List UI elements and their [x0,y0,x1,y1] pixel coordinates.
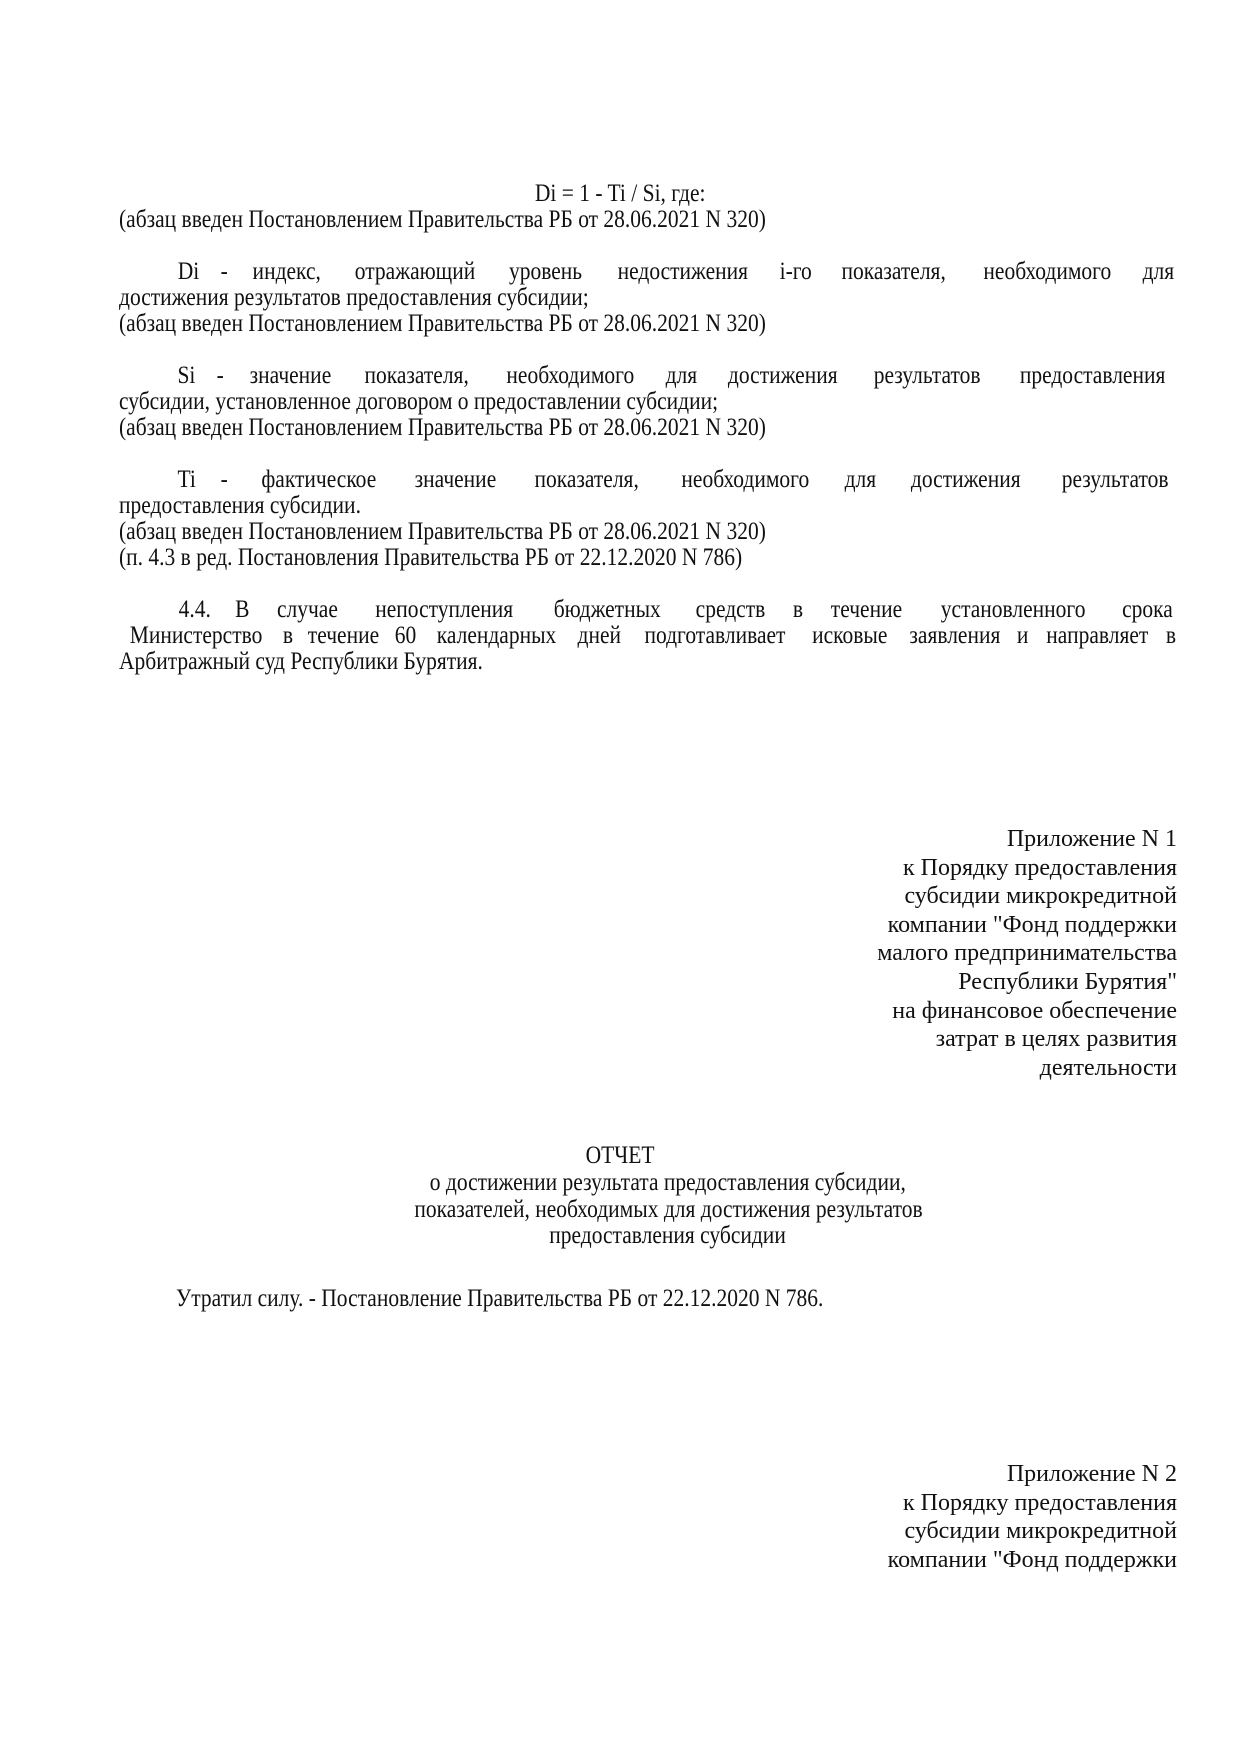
appendix-1-line: субсидии микрокредитной [877,882,1177,911]
word: направляет [1046,623,1148,649]
word: уровень [509,259,582,285]
word: недостижения [617,259,747,285]
definition-di-line1: Di-индекс,отражающийуровеньнедостиженияi… [176,259,1177,285]
word: подготавливает [645,623,786,649]
appendix-1-line: затрат в целях развития [877,1025,1177,1054]
report-subtitle-line: о достижении результата предоставления с… [430,1170,906,1197]
word: В [236,597,250,623]
definition-si-note: (абзац введен Постановлением Правительст… [119,415,766,441]
word: - [221,467,228,493]
word: - [220,259,227,285]
word: 4.4. [179,597,211,623]
definition-di-note: (абзац введен Постановлением Правительст… [119,311,766,337]
appendix-2-line: компании "Фонд поддержки [888,1546,1177,1575]
definition-ti-note: (абзац введен Постановлением Правительст… [119,519,766,545]
document-page: Di = 1 - Ti / Si, где: (абзац введен Пос… [0,0,1240,1754]
definition-di: Di-индекс,отражающийуровеньнедостиженияi… [119,259,1177,285]
appendix-2-line: к Порядку предоставления [888,1489,1177,1518]
word: для [1143,259,1175,285]
definition-si-line1: Si-значениепоказателя,необходимогодлядос… [176,363,1177,389]
appendix-1-line: малого предпринимательства [877,939,1177,968]
appendix-1-line: Приложение N 1 [877,825,1177,854]
report-heading: ОТЧЕТ [0,1143,1240,1170]
report-subtitle-line: показателей, необходимых для достижения … [414,1197,922,1224]
word: показателя, [535,467,639,493]
word: течение [831,597,902,623]
word: Министерство [130,623,263,649]
word: индекс, [252,259,320,285]
appendix-2-line: субсидии микрокредитной [888,1517,1177,1546]
word: показателя, [842,259,946,285]
word: достижения [728,363,838,389]
definition-si: Si-значениепоказателя,необходимогодлядос… [119,363,1177,389]
definition-ti-line1: Ti-фактическоезначениепоказателя,необход… [176,467,1177,493]
word: необходимого [681,467,809,493]
formula-note: (абзац введен Постановлением Правительст… [119,207,766,233]
word: Si [177,363,195,389]
report-title: ОТЧЕТ [586,1143,655,1170]
word: необходимого [983,259,1111,285]
word: достижения [911,467,1021,493]
word: для [845,467,877,493]
clause-4-3-amendment-note: (п. 4.3 в ред. Постановления Правительст… [119,545,742,571]
word: календарных [437,623,557,649]
word: и [1017,623,1029,649]
word: Di [178,259,200,285]
word: Ti [177,467,195,493]
word: значение [249,363,331,389]
word: для [666,363,698,389]
appendix-1-line: к Порядку предоставления [877,854,1177,883]
word: значение [415,467,497,493]
appendix-1-header: Приложение N 1 к Порядку предоставления … [877,825,1177,1082]
word: заявления [909,623,1000,649]
word: фактическое [261,467,376,493]
word: бюджетных [554,597,661,623]
word: в [793,597,803,623]
word: исковые [812,623,887,649]
word: средств [696,597,766,623]
appendix-2-header: Приложение N 2 к Порядку предоставления … [888,1460,1177,1574]
clause-4-4-line3: Арбитражный суд Республики Бурятия. [119,649,483,675]
word: результатов [874,363,981,389]
report-subtitle-line: предоставления субсидии [550,1223,787,1250]
formula-text: Di = 1 - Ti / Si, где: [535,181,706,207]
word: отражающий [354,259,474,285]
definition-ti: Ti-фактическоезначениепоказателя,необход… [119,467,1177,493]
appendix-1-line: деятельности [877,1054,1177,1083]
word: - [216,363,223,389]
word: i-го [780,259,812,285]
word: необходимого [506,363,634,389]
word: показателя, [365,363,469,389]
word: в [1166,623,1176,649]
definition-si-line2: субсидии, установленное договором о пред… [119,389,718,415]
word: 60 [395,623,417,649]
word: результатов [1061,467,1168,493]
word: предоставления [1020,363,1166,389]
appendix-1-line: Республики Бурятия" [877,968,1177,997]
appendix-2-line: Приложение N 2 [888,1460,1177,1489]
clause-4-4: 4.4.Вслучаенепоступлениябюджетныхсредств… [119,597,1177,649]
appendix-1-line: на финансовое обеспечение [877,997,1177,1026]
word: дней [578,623,621,649]
word: случае [277,597,338,623]
clause-4-4-line1: 4.4.Вслучаенепоступлениябюджетныхсредств… [176,597,1177,623]
word: в [282,623,292,649]
word: течение [308,623,379,649]
definition-di-line2: достижения результатов предоставления су… [119,285,589,311]
word: непоступления [375,597,513,623]
report-subtitle: о достижении результата предоставления с… [48,1170,1240,1250]
appendix-1-line: компании "Фонд поддержки [877,911,1177,940]
formula: Di = 1 - Ti / Si, где: [0,181,1240,207]
word: срока [1122,597,1173,623]
word: установленного [941,597,1086,623]
definition-ti-line2: предоставления субсидии. [119,493,361,519]
report-status: Утратил силу. - Постановление Правительс… [176,1286,823,1312]
clause-4-4-line2: Министерствовтечение60календарныхднейпод… [119,623,1177,649]
